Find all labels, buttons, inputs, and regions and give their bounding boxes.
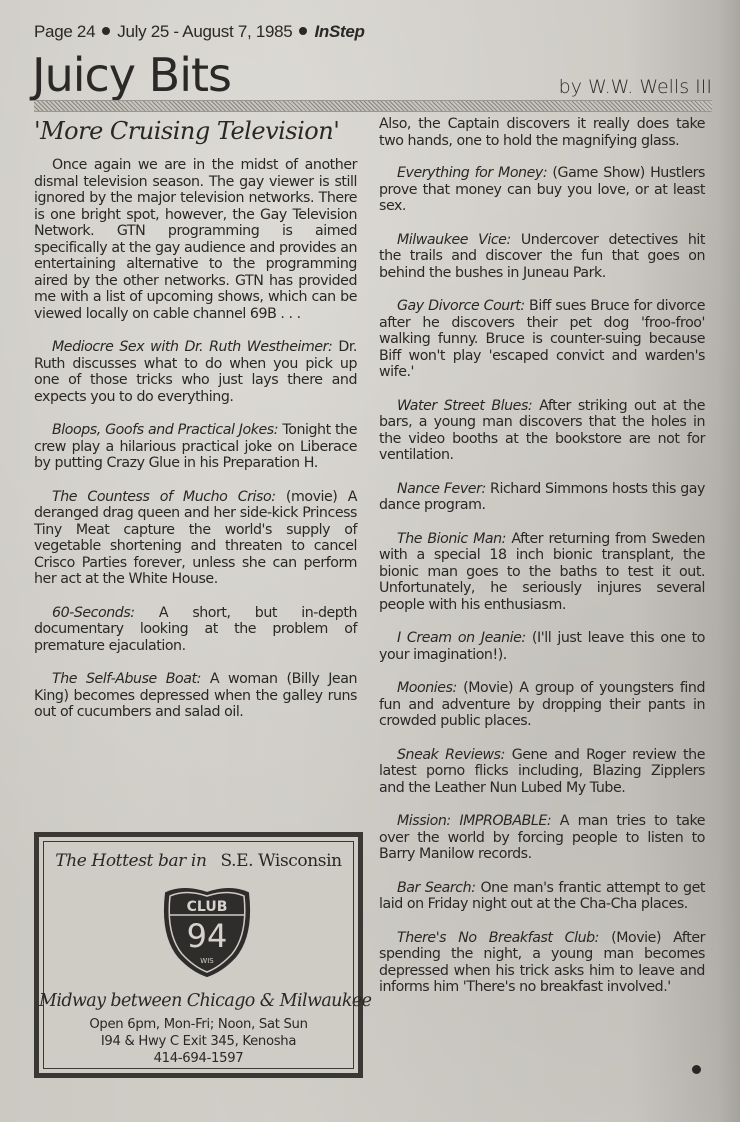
ad-phone: 414-694-1597	[39, 1051, 358, 1066]
show-title: Mediocre Sex with Dr. Ruth Westheimer:	[52, 339, 332, 355]
show-title: There's No Breakfast Club:	[397, 930, 599, 946]
intro-paragraph: Once again we are in the midst of anothe…	[34, 157, 357, 322]
show-title: I Cream on Jeanie:	[397, 630, 526, 646]
show-entry: The Self-Abuse Boat: A woman (Billy Jean…	[34, 671, 357, 721]
shield-state: WIS	[200, 957, 214, 965]
show-entry: The Countess of Mucho Criso: (movie) A d…	[34, 489, 357, 588]
end-of-article-bullet-icon	[692, 1065, 701, 1074]
show-entry: Moonies: (Movie) A group of youngsters f…	[379, 680, 705, 730]
page-number: Page 24	[34, 22, 95, 41]
show-entry: Sneak Reviews: Gene and Roger review the…	[379, 747, 705, 797]
halftone-rule	[34, 100, 712, 112]
issue-dates: July 25 - August 7, 1985	[117, 22, 292, 41]
show-title: Sneak Reviews:	[397, 747, 505, 763]
shield-top-text: CLUB	[187, 899, 228, 915]
newspaper-page: Page 24July 25 - August 7, 1985InStep Ju…	[0, 0, 740, 1122]
show-title: The Bionic Man:	[397, 531, 506, 547]
show-title: Moonies:	[397, 680, 457, 696]
continuation-paragraph: Also, the Captain discovers it really do…	[379, 116, 705, 149]
ad-hours: Open 6pm, Mon-Fri; Noon, Sat Sun	[39, 1017, 358, 1032]
ad-tagline: Midway between Chicago & Milwaukee	[39, 991, 358, 1011]
show-title: Mission: IMPROBABLE:	[397, 813, 551, 829]
show-entry: Mediocre Sex with Dr. Ruth Westheimer: D…	[34, 339, 357, 405]
show-title: The Countess of Mucho Criso:	[52, 489, 276, 505]
left-column: 'More Cruising Television' Once again we…	[34, 116, 357, 738]
ad-location: I94 & Hwy C Exit 345, Kenosha	[39, 1034, 358, 1049]
show-title: Water Street Blues:	[397, 398, 532, 414]
show-entry: Bar Search: One man's frantic attempt to…	[379, 880, 705, 913]
show-title: Bar Search:	[397, 880, 476, 896]
bullet-icon	[299, 27, 307, 35]
show-title: Gay Divorce Court:	[397, 298, 525, 314]
article-headline: 'More Cruising Television'	[34, 118, 357, 145]
byline: by W.W. Wells III	[559, 76, 712, 98]
show-title: The Self-Abuse Boat:	[52, 671, 201, 687]
show-entry: Milwaukee Vice: Undercover detectives hi…	[379, 232, 705, 282]
show-entry: I Cream on Jeanie: (I'll just leave this…	[379, 630, 705, 663]
ad-headline: The Hottest bar inS.E. Wisconsin	[39, 851, 358, 871]
show-entry: Nance Fever: Richard Simmons hosts this …	[379, 481, 705, 514]
club-94-advertisement: The Hottest bar inS.E. Wisconsin CLUB 94…	[34, 832, 363, 1078]
ad-headline-italic: The Hottest bar in	[55, 851, 206, 871]
bullet-icon	[102, 27, 110, 35]
show-entry: Water Street Blues: After striking out a…	[379, 398, 705, 464]
show-entry: The Bionic Man: After returning from Swe…	[379, 531, 705, 614]
show-title: Bloops, Goofs and Practical Jokes:	[52, 422, 278, 438]
club-94-shield-icon: CLUB 94 WIS	[160, 885, 254, 977]
show-title: 60-Seconds:	[52, 605, 135, 621]
show-entry: Mission: IMPROBABLE: A man tries to take…	[379, 813, 705, 863]
column-title: Juicy Bits	[32, 50, 231, 100]
publication-name: InStep	[314, 22, 364, 41]
show-entry: Everything for Money: (Game Show) Hustle…	[379, 165, 705, 215]
ad-headline-region: S.E. Wisconsin	[221, 851, 342, 871]
show-entry: Gay Divorce Court: Biff sues Bruce for d…	[379, 298, 705, 381]
show-entry: 60-Seconds: A short, but in-depth docume…	[34, 605, 357, 655]
show-title: Nance Fever:	[397, 481, 486, 497]
page-folio: Page 24July 25 - August 7, 1985InStep	[34, 22, 365, 42]
show-entry: Bloops, Goofs and Practical Jokes: Tonig…	[34, 422, 357, 472]
shield-number: 94	[187, 917, 228, 955]
show-title: Everything for Money:	[397, 165, 547, 181]
show-entry: There's No Breakfast Club: (Movie) After…	[379, 930, 705, 996]
show-title: Milwaukee Vice:	[397, 232, 511, 248]
right-column: Also, the Captain discovers it really do…	[379, 116, 705, 1013]
